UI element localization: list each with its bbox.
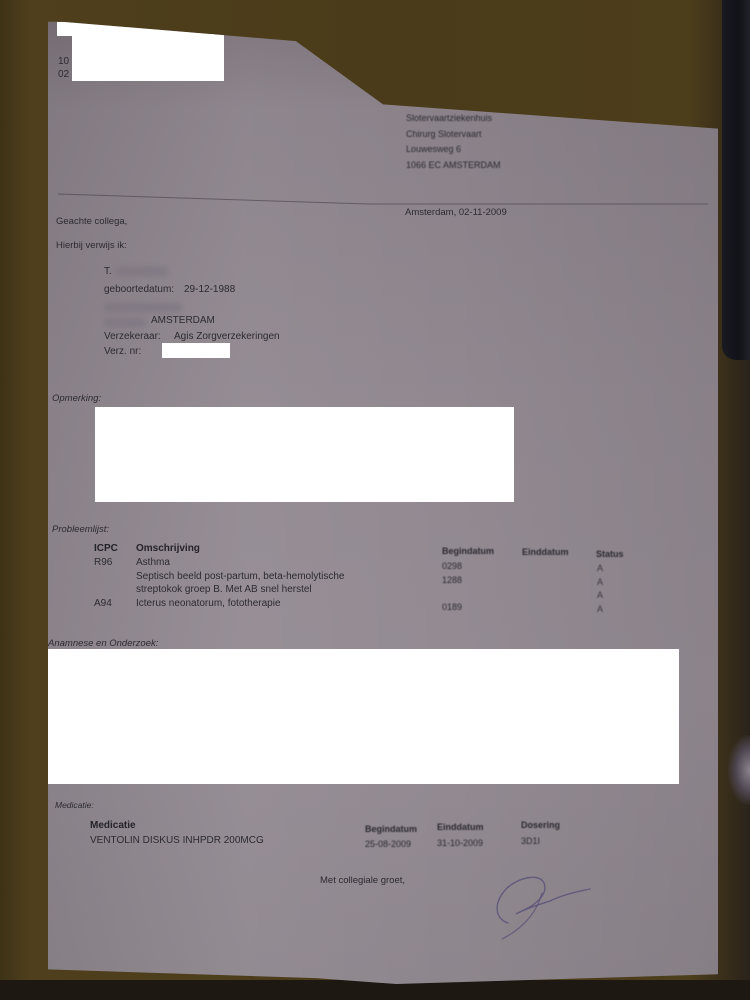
redaction-insurance-number: [162, 343, 230, 358]
patient-city: AMSTERDAM: [151, 315, 215, 326]
birthdate-label: geboortedatum:: [104, 284, 174, 295]
problem-begin: 1288: [442, 575, 462, 585]
insurer-label: Verzekeraar:: [104, 331, 161, 342]
problem-description: Septisch beeld post-partum, beta-hemolyt…: [136, 571, 344, 582]
problem-icpc: A94: [94, 598, 112, 609]
problem-icpc: R96: [94, 557, 112, 568]
recipient-line: Slotervaartziekenhuis: [406, 113, 492, 123]
problem-description: Asthma: [136, 557, 170, 568]
blurred-street-address: [104, 303, 182, 312]
insurer-value: Agis Zorgverzekeringen: [174, 331, 280, 342]
problem-description: streptokok groep B. Met AB snel herstel: [136, 584, 312, 595]
problem-status: A: [597, 563, 603, 573]
problem-begin: 0298: [442, 561, 462, 571]
medication-name: VENTOLIN DISKUS INHPDR 200MCG: [90, 835, 286, 846]
problem-description: Icterus neonatorum, fototherapie: [136, 598, 281, 609]
recipient-line: 1066 EC AMSTERDAM: [406, 160, 501, 170]
column-header-med-end: Einddatum: [437, 822, 484, 832]
problem-status: A: [597, 590, 603, 600]
column-header-dosage: Dosering: [521, 820, 560, 830]
insurance-nr-label: Verz. nr:: [104, 346, 141, 357]
signature-icon: [478, 867, 598, 947]
column-header-medication: Medicatie: [90, 820, 136, 831]
column-header-med-begin: Begindatum: [365, 824, 417, 834]
birthdate-value: 29-12-1988: [184, 284, 235, 295]
place-date: Amsterdam, 02-11-2009: [405, 207, 507, 218]
medication-label: Medicatie:: [55, 800, 94, 810]
problem-status: A: [597, 577, 603, 587]
redaction-remark: [95, 407, 514, 502]
redaction-history: [47, 649, 679, 784]
problem-list-label: Probleemlijst:: [52, 524, 109, 535]
dark-object-edge: [722, 0, 750, 360]
salutation: Geachte collega,: [56, 216, 127, 227]
closing-text: Met collegiale groet,: [320, 875, 405, 886]
table-surface: [0, 980, 750, 1000]
column-header-description: Omschrijving: [136, 543, 200, 554]
recipient-line: Chirurg Slotervaart: [406, 129, 482, 139]
intro-text: Hierbij verwijs ik:: [56, 240, 127, 251]
history-label: Anamnese en Onderzoek:: [48, 638, 158, 649]
column-header-icpc: ICPC: [94, 543, 118, 554]
problem-status: A: [597, 604, 603, 614]
letter-paper: 10 02 Slotervaartziekenhuis Chirurg Slot…: [48, 12, 718, 984]
blurred-patient-name: [116, 267, 168, 276]
sender-fragment-2: 02: [58, 69, 69, 80]
column-header-begin: Begindatum: [442, 546, 494, 556]
column-header-status: Status: [596, 549, 624, 559]
header-divider: [58, 190, 708, 210]
column-header-end: Einddatum: [522, 547, 569, 557]
redaction-sender-address: [72, 34, 224, 81]
medication-dosage: 3D1I: [521, 836, 540, 846]
sender-fragment-1: 10: [58, 56, 69, 67]
recipient-line: Louwesweg 6: [406, 144, 461, 154]
blurred-postal-code: [104, 318, 146, 327]
medication-begin: 25-08-2009: [365, 839, 411, 849]
problem-begin: 0189: [442, 602, 462, 612]
background-object: [728, 735, 750, 805]
remark-label: Opmerking:: [52, 393, 101, 404]
medication-end: 31-10-2009: [437, 838, 483, 848]
patient-initial: T.: [104, 266, 112, 277]
